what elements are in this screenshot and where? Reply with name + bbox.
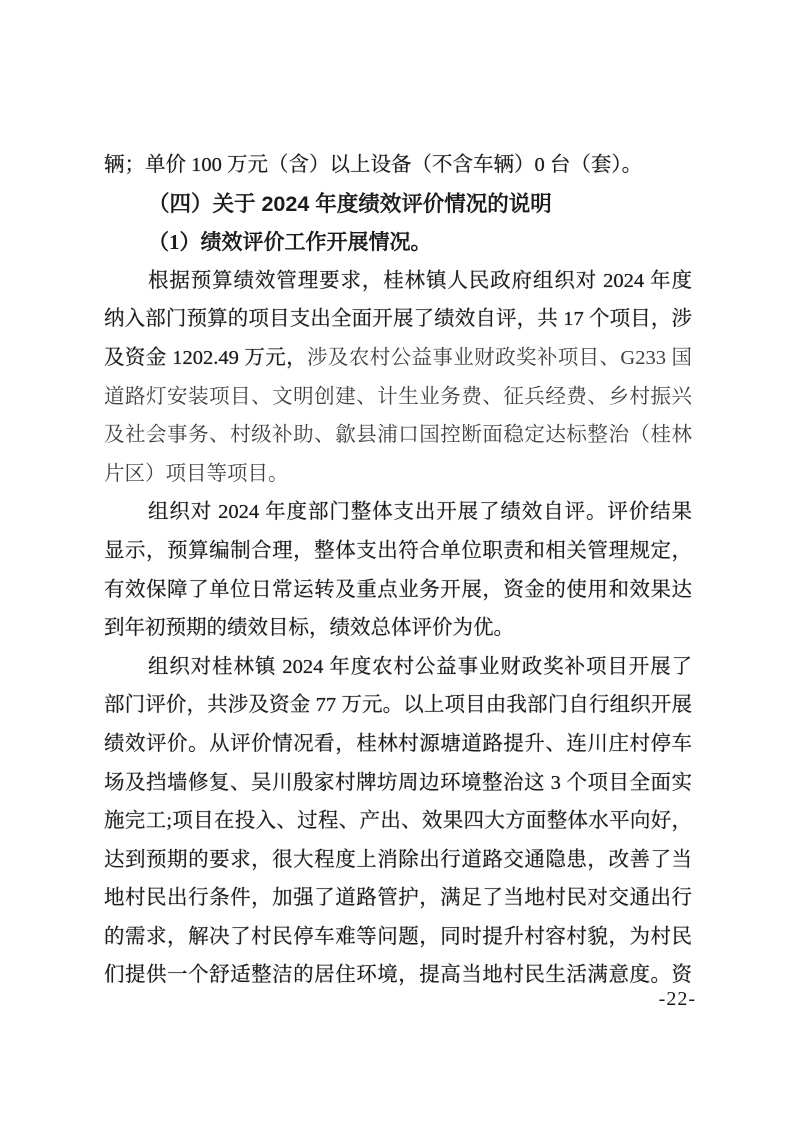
text-line: 片区）项目等项目。 [104, 455, 692, 494]
text-line: 组织对桂林镇 2024 年度农村公益事业财政奖补项目开展了 [104, 648, 692, 687]
text-line: 辆；单价 100 万元（含）以上设备（不含车辆）0 台（套）。 [104, 146, 692, 185]
document-body: 辆；单价 100 万元（含）以上设备（不含车辆）0 台（套）。（四）关于 202… [104, 146, 692, 995]
text-line: 纳入部门预算的项目支出全面开展了绩效自评，共 17 个项目，涉 [104, 300, 692, 339]
text-line: 组织对 2024 年度部门整体支出开展了绩效自评。评价结果 [104, 493, 692, 532]
sub-heading: （1）绩效评价工作开展情况。 [104, 223, 692, 262]
text-segment-light: 及社会事务、村级补助、歙县浦口国控断面稳定达标整治（桂林 [104, 424, 692, 446]
text-segment: 组织对 2024 年度部门整体支出开展了绩效自评。评价结果 [148, 501, 692, 523]
text-segment: 纳入部门预算的项目支出全面开展了绩效自评，共 17 个项目，涉 [104, 308, 692, 330]
text-line: 道路灯安装项目、文明创建、计生业务费、征兵经费、乡村振兴 [104, 378, 692, 417]
paragraph: 组织对 2024 年度部门整体支出开展了绩效自评。评价结果显示，预算编制合理，整… [104, 493, 692, 647]
text-segment: 部门评价，共涉及资金 77 万元。以上项目由我部门自行组织开展 [104, 694, 692, 716]
text-segment: （四）关于 2024 年度绩效评价情况的说明 [148, 192, 552, 216]
text-segment-light: 片区）项目等项目。 [104, 463, 289, 485]
text-line: 根据预算绩效管理要求，桂林镇人民政府组织对 2024 年度 [104, 262, 692, 301]
text-line: 有效保障了单位日常运转及重点业务开展，资金的使用和效果达 [104, 571, 692, 610]
text-line: （1）绩效评价工作开展情况。 [104, 223, 692, 262]
text-segment: 组织对桂林镇 2024 年度农村公益事业财政奖补项目开展了 [148, 656, 692, 678]
text-segment: 绩效评价。从评价情况看，桂林村源塘道路提升、连川庄村停车 [104, 733, 692, 755]
text-line: 的需求，解决了村民停车难等问题，同时提升村容村貌，为村民 [104, 918, 692, 957]
page-number: -22- [659, 988, 696, 1011]
text-line: 施完工;项目在投入、过程、产出、效果四大方面整体水平向好， [104, 802, 692, 841]
text-line: 绩效评价。从评价情况看，桂林村源塘道路提升、连川庄村停车 [104, 725, 692, 764]
text-line: 场及挡墙修复、吴川殷家村牌坊周边环境整治这 3 个项目全面实 [104, 764, 692, 803]
text-segment: 的需求，解决了村民停车难等问题，同时提升村容村貌，为村民 [104, 926, 692, 948]
section-heading: （四）关于 2024 年度绩效评价情况的说明 [104, 185, 692, 224]
text-segment: 地村民出行条件，加强了道路管护，满足了当地村民对交通出行 [104, 887, 692, 909]
text-line: （四）关于 2024 年度绩效评价情况的说明 [104, 185, 692, 224]
text-line: 达到预期的要求，很大程度上消除出行道路交通隐患，改善了当 [104, 841, 692, 880]
text-segment: 有效保障了单位日常运转及重点业务开展，资金的使用和效果达 [104, 579, 692, 601]
text-line: 地村民出行条件，加强了道路管护，满足了当地村民对交通出行 [104, 879, 692, 918]
text-segment: 施完工;项目在投入、过程、产出、效果四大方面整体水平向好， [104, 810, 692, 832]
text-line: 到年初预期的绩效目标，绩效总体评价为优。 [104, 609, 692, 648]
text-line: 及资金 1202.49 万元，涉及农村公益事业财政奖补项目、G233 国 [104, 339, 692, 378]
text-segment: 根据预算绩效管理要求，桂林镇人民政府组织对 2024 年度 [148, 270, 692, 292]
text-segment-light: 道路灯安装项目、文明创建、计生业务费、征兵经费、乡村振兴 [104, 386, 692, 408]
text-segment: 达到预期的要求，很大程度上消除出行道路交通隐患，改善了当 [104, 849, 692, 871]
paragraph: 组织对桂林镇 2024 年度农村公益事业财政奖补项目开展了部门评价，共涉及资金 … [104, 648, 692, 995]
text-line: 部门评价，共涉及资金 77 万元。以上项目由我部门自行组织开展 [104, 686, 692, 725]
text-line: 们提供一个舒适整洁的居住环境，提高当地村民生活满意度。资 [104, 956, 692, 995]
paragraph-continuation: 辆；单价 100 万元（含）以上设备（不含车辆）0 台（套）。 [104, 146, 692, 185]
text-segment: （1）绩效评价工作开展情况。 [148, 230, 432, 254]
text-segment-light: 涉及农村公益事业财政奖补项目、G233 国 [307, 347, 692, 369]
paragraph: 根据预算绩效管理要求，桂林镇人民政府组织对 2024 年度纳入部门预算的项目支出… [104, 262, 692, 494]
text-segment: 们提供一个舒适整洁的居住环境，提高当地村民生活满意度。资 [104, 964, 692, 986]
text-line: 显示，预算编制合理，整体支出符合单位职责和相关管理规定， [104, 532, 692, 571]
text-segment: 辆；单价 100 万元（含）以上设备（不含车辆）0 台（套）。 [104, 154, 642, 176]
text-segment: 及资金 1202.49 万元， [104, 347, 307, 369]
document-page: 辆；单价 100 万元（含）以上设备（不含车辆）0 台（套）。（四）关于 202… [0, 0, 793, 1122]
text-segment: 显示，预算编制合理，整体支出符合单位职责和相关管理规定， [104, 540, 692, 562]
text-segment: 到年初预期的绩效目标，绩效总体评价为优。 [104, 617, 514, 639]
text-segment: 场及挡墙修复、吴川殷家村牌坊周边环境整治这 3 个项目全面实 [104, 772, 692, 794]
text-line: 及社会事务、村级补助、歙县浦口国控断面稳定达标整治（桂林 [104, 416, 692, 455]
